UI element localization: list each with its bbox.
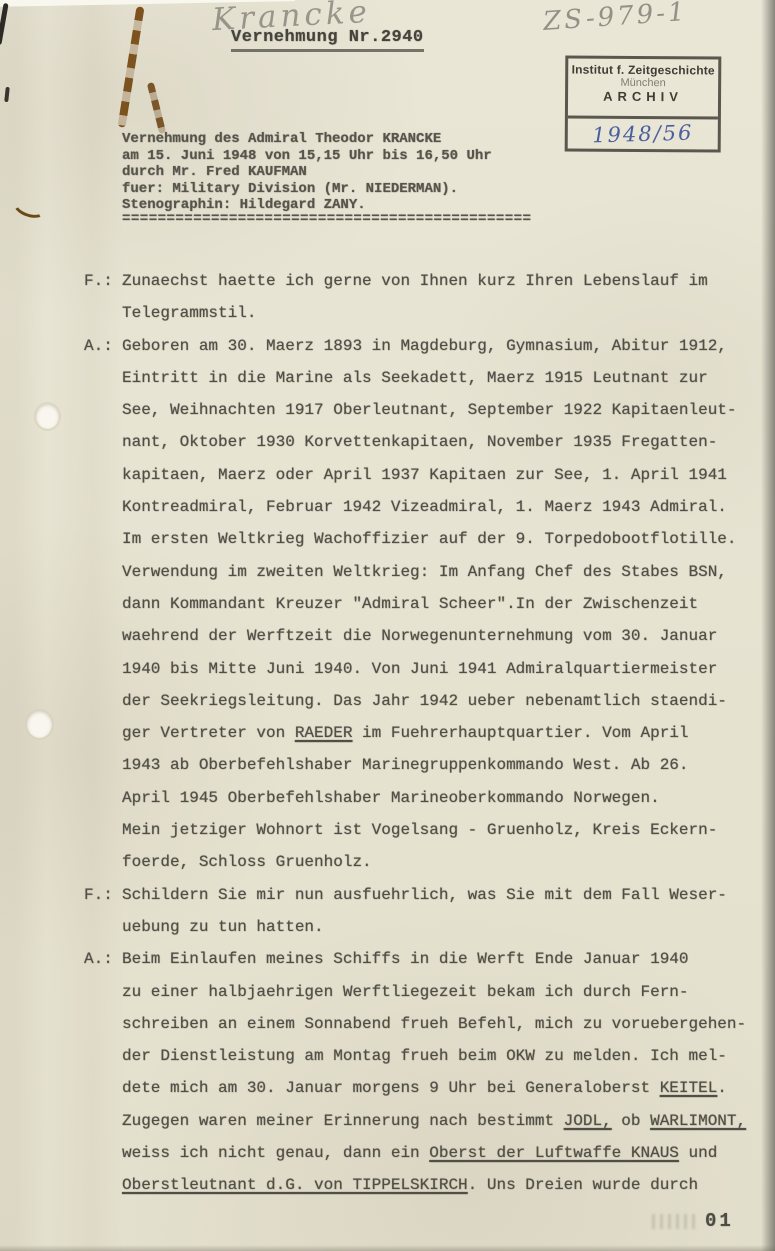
paragraph: F.:Zunaechst haette ich gerne von Ihnen … [122, 265, 770, 330]
page-title: Vernehmung Nr.2940 [231, 28, 424, 52]
text-line: Zunaechst haette ich gerne von Ihnen kur… [122, 265, 770, 297]
ink-mark [4, 87, 10, 102]
text-line: waehrend der Werftzeit die Norwegenunter… [122, 620, 770, 652]
header-line: fuer: Military Division (Mr. NIEDERMAN). [122, 181, 492, 198]
text-line: 1940 bis Mitte Juni 1940. Von Juni 1941 … [122, 653, 770, 685]
text-line: weiss ich nicht genau, dann ein Oberst d… [122, 1137, 770, 1169]
text-line: Verwendung im zweiten Weltkrieg: Im Anfa… [122, 556, 770, 588]
text-line: der Seekriegsleitung. Das Jahr 1942 uebe… [122, 685, 770, 717]
ink-stain [147, 82, 166, 134]
stamp-institution: Institut f. Zeitgeschichte [568, 62, 718, 77]
stamp-header-section: Institut f. Zeitgeschichte München ARCHI… [568, 58, 718, 119]
text-line: zu einer halbjaehrigen Werftliegezeit be… [122, 976, 770, 1008]
text-line: Schildern Sie mir nun ausfuehrlich, was … [122, 879, 770, 911]
text-line: Beim Einlaufen meines Schiffs in die Wer… [122, 943, 770, 975]
stamp-archiv-label: ARCHIV [568, 88, 718, 104]
stamp-city: München [568, 76, 718, 89]
header-block: Vernehmung des Admiral Theodor KRANCKEam… [122, 131, 492, 214]
ink-mark [0, 3, 9, 45]
speaker-label: A.: [84, 330, 113, 362]
text-line: Geboren am 30. Maerz 1893 in Magdeburg, … [122, 330, 770, 362]
archive-stamp: Institut f. Zeitgeschichte München ARCHI… [565, 55, 722, 152]
paragraph: F.:Schildern Sie mir nun ausfuehrlich, w… [122, 879, 770, 944]
ink-stain [118, 6, 145, 128]
speaker-label: A.: [84, 943, 113, 975]
punch-hole [36, 404, 59, 429]
text-line: Mein jetziger Wohnort ist Vogelsang - Gr… [122, 814, 770, 846]
transcript: F.:Zunaechst haette ich gerne von Ihnen … [122, 265, 770, 1202]
scan-edge-bottom [0, 1245, 775, 1251]
text-line: uebung zu tun hatten. [122, 911, 770, 943]
separator-line: ========================================… [122, 211, 531, 227]
text-line: Im ersten Weltkrieg Wachoffizier auf der… [122, 523, 770, 555]
text-line: Zugegen waren meiner Erinnerung nach bes… [122, 1105, 770, 1137]
pencil-mark [11, 191, 50, 221]
scanned-document-page: Krancke ZS-979-1 Vernehmung Nr.2940 Inst… [0, 0, 775, 1251]
paragraph: A.:Geboren am 30. Maerz 1893 in Magdebur… [122, 330, 770, 879]
text-line: ger Vertreter von RAEDER im Fuehrerhaupt… [122, 717, 770, 749]
text-line: Kontreadmiral, Februar 1942 Vizeadmiral,… [122, 491, 770, 523]
text-line: Telegrammstil. [122, 297, 770, 329]
text-line: 1943 ab Oberbefehlshaber Marinegruppenko… [122, 749, 770, 781]
text-line: April 1945 Oberbefehlshaber Marineoberko… [122, 782, 770, 814]
text-line: kapitaen, Maerz oder April 1937 Kapitaen… [122, 459, 770, 491]
speaker-label: F.: [84, 265, 113, 297]
text-line: Eintritt in die Marine als Seekadett, Ma… [122, 362, 770, 394]
text-line: schreiben an einem Sonnabend frueh Befeh… [122, 1008, 770, 1040]
text-line: dete mich am 30. Januar morgens 9 Uhr be… [122, 1072, 770, 1104]
punch-hole [27, 711, 52, 738]
header-line: durch Mr. Fred KAUFMAN [122, 164, 492, 181]
faded-stamp-smudge [652, 1214, 700, 1229]
paragraph: A.:Beim Einlaufen meines Schiffs in die … [122, 943, 770, 1201]
text-line: der Dienstleistung am Montag frueh beim … [122, 1040, 770, 1072]
header-line: am 15. Juni 1948 von 15,15 Uhr bis 16,50… [122, 148, 492, 165]
speaker-label: F.: [84, 879, 113, 911]
stamp-number: 1948/56 [567, 117, 718, 148]
text-line: See, Weihnachten 1917 Oberleutnant, Sept… [122, 394, 770, 426]
text-line: foerde, Schloss Gruenholz. [122, 846, 770, 878]
text-line: nant, Oktober 1930 Korvettenkapitaen, No… [122, 426, 770, 458]
text-line: dann Kommandant Kreuzer "Admiral Scheer"… [122, 588, 770, 620]
header-line: Vernehmung des Admiral Theodor KRANCKE [122, 131, 492, 148]
text-line: Oberstleutnant d.G. von TIPPELSKIRCH. Un… [122, 1169, 770, 1201]
page-number: 01 [705, 1210, 734, 1232]
archive-ref-handwritten: ZS-979-1 [542, 0, 688, 37]
